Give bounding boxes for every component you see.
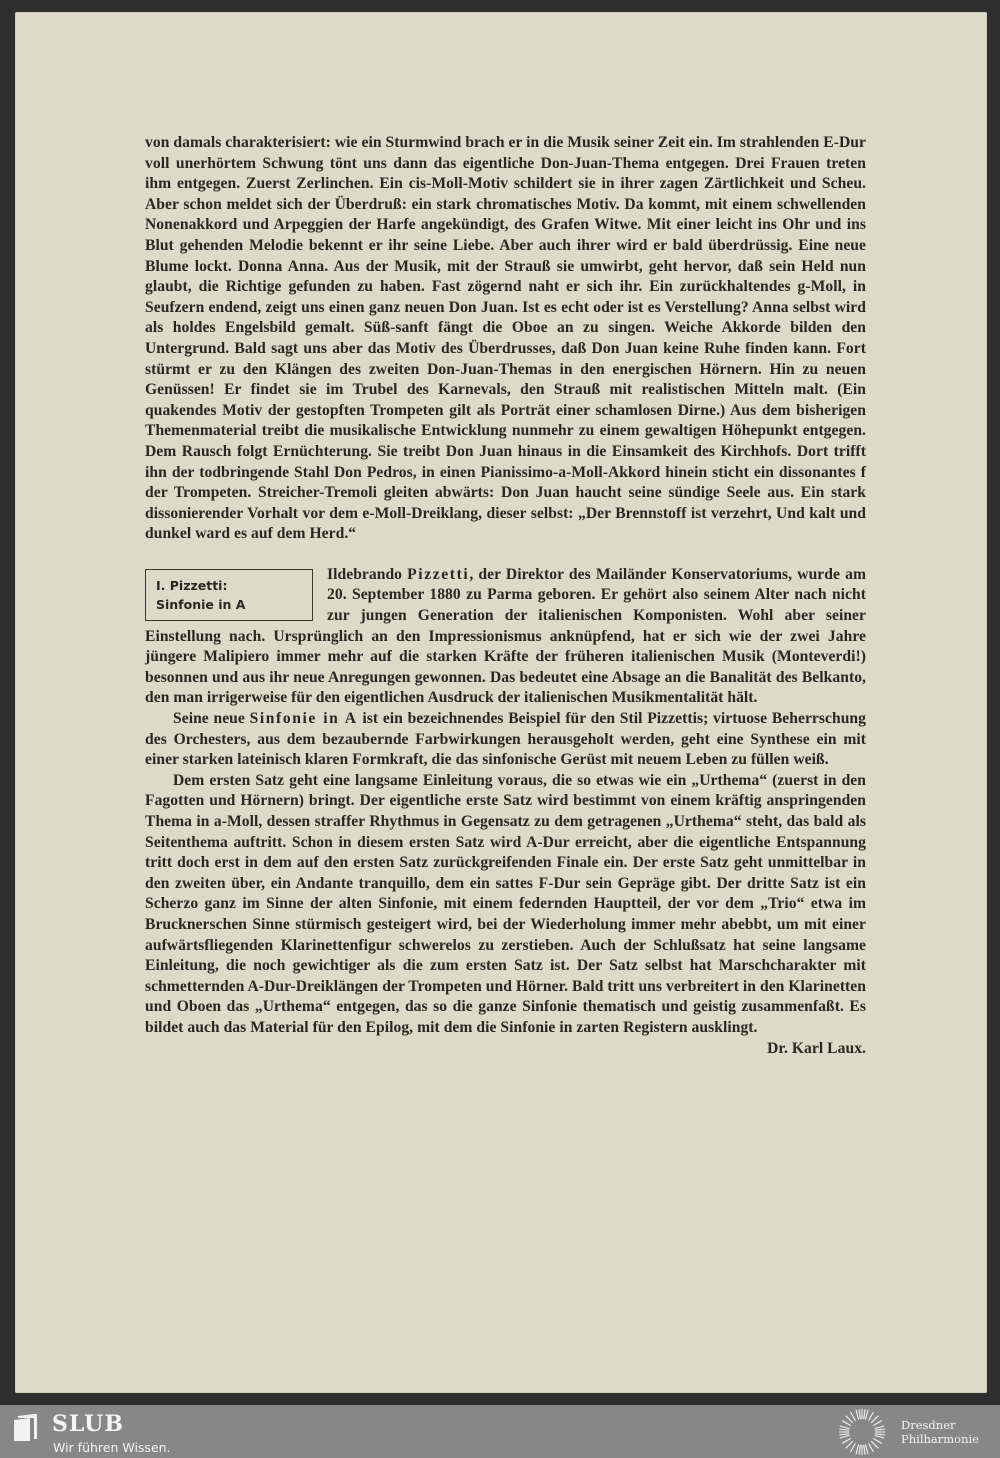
section-heading-line1: I. Pizzetti: <box>156 576 312 595</box>
slub-wordmark: SLUB <box>52 1411 124 1437</box>
movements-paragraph: Dem ersten Satz geht eine langsame Einle… <box>145 771 866 1039</box>
don-juan-paragraph: von damals charakterisiert: wie ein Stur… <box>145 133 866 545</box>
composer-last-name: Pizzetti <box>407 566 469 583</box>
style-text-start: Seine neue <box>173 710 250 727</box>
section-heading-box: I. Pizzetti: Sinfonie in A <box>145 569 313 621</box>
slub-tagline: Wir führen Wissen. <box>53 1440 171 1455</box>
viewer-footer-bar: SLUB Wir führen Wissen. <box>0 1405 1000 1458</box>
philharmonie-line2: Philharmonie <box>901 1432 979 1446</box>
philharmonie-line1: Dresdner <box>901 1418 979 1432</box>
paragraph-spacer <box>145 545 866 565</box>
book-pages-icon <box>12 1414 38 1442</box>
symphony-title: Sinfonie in A <box>250 710 358 727</box>
pizzetti-section: I. Pizzetti: Sinfonie in A Ildebrando Pi… <box>145 565 866 1039</box>
section-heading-line2: Sinfonie in A <box>156 595 312 614</box>
philharmonie-wordmark: Dresdner Philharmonie <box>901 1418 979 1446</box>
movements-text: Dem ersten Satz geht eine langsame Einle… <box>145 772 866 1036</box>
article-text: von damals charakterisiert: wie ein Stur… <box>145 133 866 1059</box>
author-signature: Dr. Karl Laux. <box>715 1039 866 1060</box>
sunburst-ring-icon <box>838 1408 886 1456</box>
symphony-style-paragraph: Seine neue Sinfonie in A ist ein bezeich… <box>145 709 866 771</box>
composer-first-name: Ildebrando <box>327 566 402 583</box>
